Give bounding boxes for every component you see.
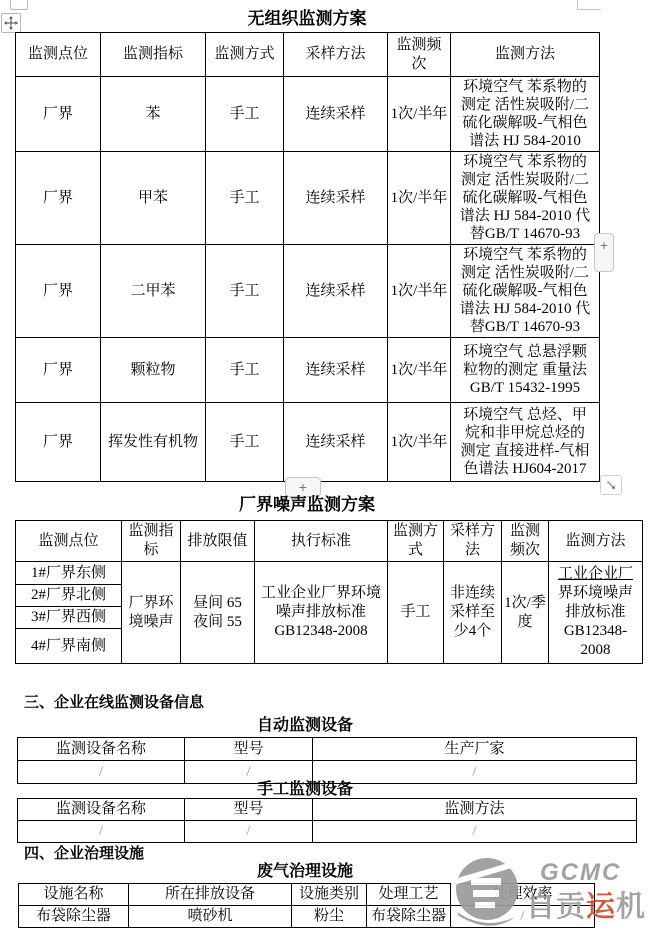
table-row: 厂界 苯 手工 连续采样 1次/半年 环境空气 苯系物的测定 活性炭吸附/二硫化… [16, 77, 600, 152]
table-cell: 连续采样 [284, 245, 388, 338]
table-cell: 环境空气 苯系物的测定 活性炭吸附/二硫化碳解吸-气相色谱法 HJ 584-20… [451, 245, 600, 338]
table-cell: 手工 [388, 562, 444, 664]
table-cell: 1次/半年 [388, 152, 451, 245]
table-cell: 甲苯 [101, 152, 206, 245]
table-row: 厂界 颗粒物 手工 连续采样 1次/半年 环境空气 总悬浮颗粒物的测定 重量法 … [16, 338, 600, 403]
table-cell: 1次/半年 [388, 245, 451, 338]
plus-icon: + [600, 238, 608, 252]
column-header: 型号 [185, 799, 313, 821]
column-header: 所在排放设备 [129, 884, 292, 906]
column-header: 监测设备名称 [18, 799, 185, 821]
table-cell: 喷砂机 [129, 906, 292, 928]
table-cell: / [451, 906, 595, 928]
underlined-text: 工业企业厂 [558, 566, 633, 582]
table-cell: 布袋除尘器 [367, 906, 451, 928]
column-header: 处理工艺 [367, 884, 451, 906]
column-header: 监测方法 [313, 799, 637, 821]
table-cell: 手工 [206, 77, 284, 152]
auto-equipment-title: 自动监测设备 [0, 716, 610, 736]
fugitive-table-title: 无组织监测方案 [15, 8, 599, 30]
table-cell: 1次/半年 [388, 77, 451, 152]
column-header: 监测方法 [549, 521, 643, 562]
table-cell: 厂界 [16, 403, 101, 482]
table-cell: 挥发性有机物 [101, 403, 206, 482]
column-header: 采样方法 [284, 33, 388, 77]
table-cell: 环境空气 总悬浮颗粒物的测定 重量法 GB/T 15432-1995 [451, 338, 600, 403]
column-header: 监测点位 [16, 521, 122, 562]
plus-icon: + [299, 480, 307, 494]
table-cell: / [185, 821, 313, 843]
table-cell: 颗粒物 [101, 338, 206, 403]
table-cell: 厂界 [16, 77, 101, 152]
table-resize-handle[interactable] [600, 475, 622, 495]
column-header: 生产厂家 [313, 738, 637, 761]
column-header: 监测方法 [451, 33, 600, 77]
column-header: 监测频次 [502, 521, 549, 562]
table-cell: 手工 [206, 338, 284, 403]
table-cell: 厂界 [16, 152, 101, 245]
column-header: 设施类别 [292, 884, 367, 906]
table-cell: 环境空气 苯系物的测定 活性炭吸附/二硫化碳解吸-气相色谱法 HJ 584-20… [451, 77, 600, 152]
section-heading-online-equipment: 三、企业在线监测设备信息 [24, 694, 204, 712]
manual-equipment-table: 监测设备名称 型号 监测方法 / / / [17, 798, 637, 843]
table-cell: 厂界 [16, 245, 101, 338]
table-cell: 1#厂界东侧 [16, 562, 122, 585]
column-header: 监测方式 [388, 521, 444, 562]
table-cell: 粉尘 [292, 906, 367, 928]
column-header: 设施名称 [19, 884, 129, 906]
table-row: / / / [18, 821, 637, 843]
table-cell: 二甲苯 [101, 245, 206, 338]
noise-monitoring-table: 监测点位 监测指标 排放限值 执行标准 监测方式 采样方法 监测频次 监测方法 … [15, 520, 643, 664]
noise-table-title: 厂界噪声监测方案 [15, 494, 599, 516]
table-cell: 环境空气 总烃、甲烷和非甲烷总烃的测定 直接进样-气相色谱法 HJ604-201… [451, 403, 600, 482]
table-cell: / [18, 821, 185, 843]
document-page: 无组织监测方案 监测点位 监测指标 监测方式 采样方法 监测频次 监测方法 厂界… [0, 0, 648, 936]
table-cell: 工业企业厂界环境噪声排放标准GB12348-2008 [255, 562, 388, 664]
table-cell: 昼间 65 夜间 55 [181, 562, 255, 664]
waste-gas-title: 废气治理设施 [0, 862, 610, 882]
column-header: 监测指标 [122, 521, 181, 562]
column-header: 监测点位 [16, 33, 101, 77]
table-cell: 2#厂界北侧 [16, 585, 122, 607]
table-row: 布袋除尘器 喷砂机 粉尘 布袋除尘器 / [19, 906, 595, 928]
table-row: 厂界 二甲苯 手工 连续采样 1次/半年 环境空气 苯系物的测定 活性炭吸附/二… [16, 245, 600, 338]
column-header: 监测指标 [101, 33, 206, 77]
company-text-part: 机 [616, 891, 646, 923]
table-cell: 手工 [206, 152, 284, 245]
table-cell: 厂界环境噪声 [122, 562, 181, 664]
table-cell: / [313, 821, 637, 843]
table-cell: 1次/半年 [388, 403, 451, 482]
table-cell: 环境空气 苯系物的测定 活性炭吸附/二硫化碳解吸-气相色谱法 HJ 584-20… [451, 152, 600, 245]
table-cell: 连续采样 [284, 403, 388, 482]
column-header: 处理效率 [451, 884, 595, 906]
table-cell: 连续采样 [284, 152, 388, 245]
table-cell: 4#厂界南侧 [16, 629, 122, 664]
column-header: 监测设备名称 [18, 738, 185, 761]
table-cell: 3#厂界西侧 [16, 607, 122, 629]
waste-gas-facility-table: 设施名称 所在排放设备 设施类别 处理工艺 处理效率 布袋除尘器 喷砂机 粉尘 … [18, 883, 595, 928]
table-cell: 1次/季度 [502, 562, 549, 664]
section-heading-treatment-facilities: 四、企业治理设施 [24, 845, 144, 863]
column-header: 执行标准 [255, 521, 388, 562]
column-header: 型号 [185, 738, 313, 761]
table-cell: 苯 [101, 77, 206, 152]
table-cell: 布袋除尘器 [19, 906, 129, 928]
table-cell: 连续采样 [284, 338, 388, 403]
table-cell: 连续采样 [284, 77, 388, 152]
table-row: 厂界 甲苯 手工 连续采样 1次/半年 环境空气 苯系物的测定 活性炭吸附/二硫… [16, 152, 600, 245]
table-cell: 非连续采样至少4个 [444, 562, 502, 664]
column-header: 排放限值 [181, 521, 255, 562]
table-cell: 厂界 [16, 338, 101, 403]
fugitive-monitoring-table: 监测点位 监测指标 监测方式 采样方法 监测频次 监测方法 厂界 苯 手工 连续… [15, 32, 600, 482]
auto-equipment-table: 监测设备名称 型号 生产厂家 / / / [17, 737, 637, 784]
insert-column-button[interactable]: + [594, 233, 614, 272]
table-cell: 工业企业厂界环境噪声排放标准GB12348-2008 [549, 562, 643, 664]
table-cell: 手工 [206, 245, 284, 338]
table-row: 厂界 挥发性有机物 手工 连续采样 1次/半年 环境空气 总烃、甲烷和非甲烷总烃… [16, 403, 600, 482]
method-text: 界环境噪声排放标准GB12348-2008 [558, 585, 633, 658]
resize-diagonal-icon [605, 479, 617, 491]
table-row: 1#厂界东侧 厂界环境噪声 昼间 65 夜间 55 工业企业厂界环境噪声排放标准… [16, 562, 643, 585]
table-cell: 手工 [206, 403, 284, 482]
table-cell: 1次/半年 [388, 338, 451, 403]
column-header: 采样方法 [444, 521, 502, 562]
manual-equipment-title: 手工监测设备 [0, 780, 610, 800]
column-header: 监测方式 [206, 33, 284, 77]
column-header: 监测频次 [388, 33, 451, 77]
